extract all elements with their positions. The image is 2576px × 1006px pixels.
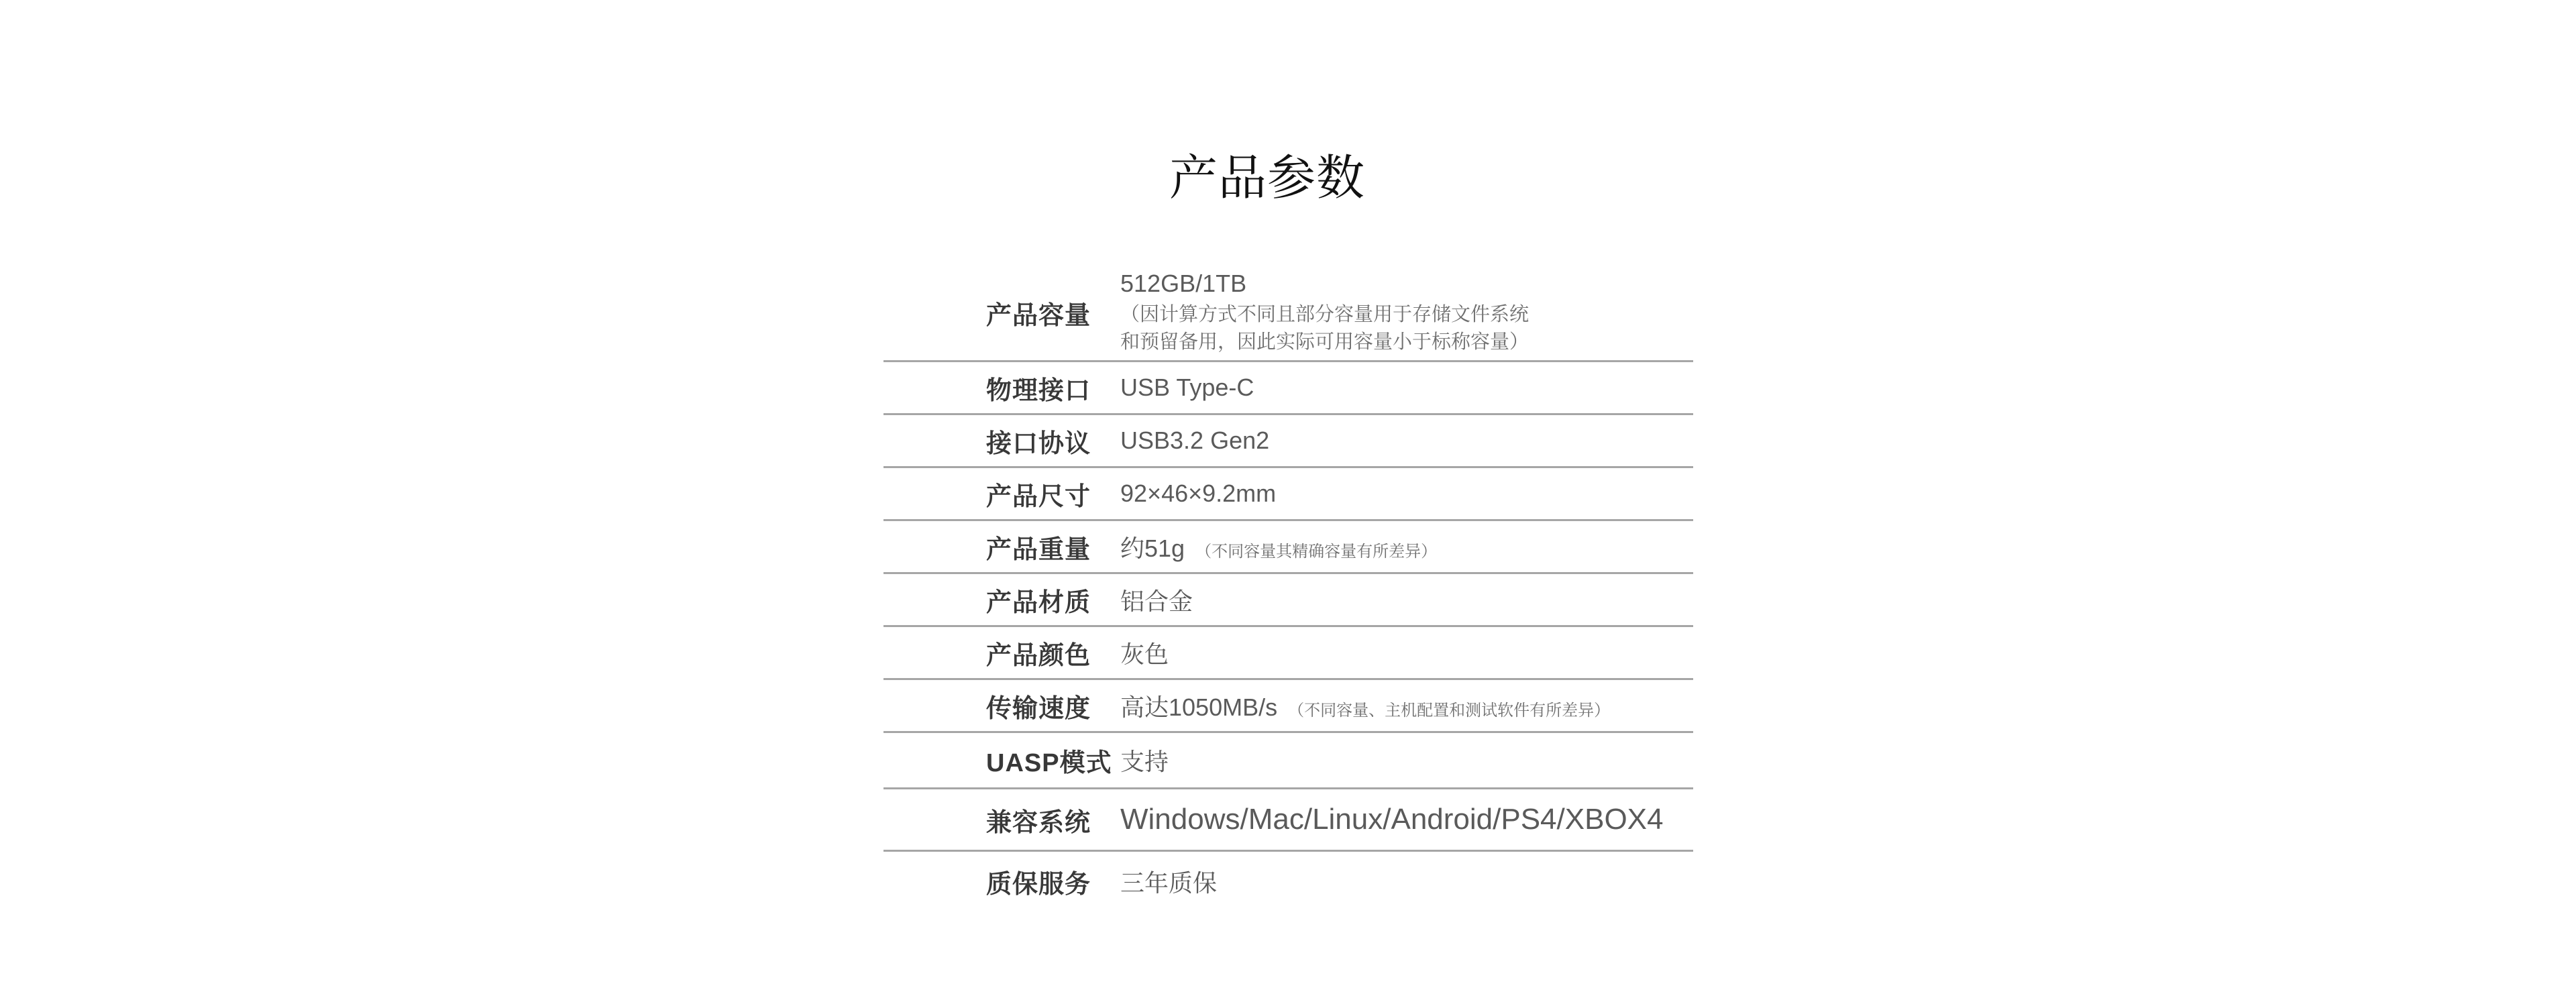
spec-row-value: Windows/Mac/Linux/Android/PS4/XBOX4 (1120, 803, 1664, 836)
spec-row-value-cell: 约51g （不同容量其精确容量有所差异） (1120, 530, 1693, 564)
spec-row-value: 铝合金 (1120, 583, 1193, 617)
spec-table-row: 物理接口 USB Type-C (883, 362, 1693, 415)
spec-row-value: USB3.2 Gen2 (1120, 427, 1269, 455)
spec-row-label: 接口协议 (883, 423, 1120, 459)
spec-table-row: 产品重量 约51g （不同容量其精确容量有所差异） (883, 521, 1693, 574)
spec-row-note-line: 和预留备用，因此实际可用容量小于标称容量） (1120, 329, 1693, 356)
spec-table-row: 传输速度 高达1050MB/s （不同容量、主机配置和测试软件有所差异） (883, 680, 1693, 733)
spec-row-value-cell: 高达1050MB/s （不同容量、主机配置和测试软件有所差异） (1120, 689, 1693, 723)
spec-table-row: 接口协议 USB3.2 Gen2 (883, 415, 1693, 468)
spec-row-value-cell: 92×46×9.2mm (1120, 480, 1693, 508)
spec-row-note-block: （因计算方式不同且部分容量用于存储文件系统和预留备用，因此实际可用容量小于标称容… (1120, 301, 1693, 355)
spec-row-value-cell: 三年质保 (1120, 864, 1693, 899)
spec-row-value-cell: 支持 (1120, 743, 1693, 777)
spec-row-value: 512GB/1TB (1120, 270, 1246, 298)
spec-row-label: 产品材质 (883, 581, 1120, 618)
spec-row-note-inline: （不同容量其精确容量有所差异） (1195, 538, 1437, 561)
spec-row-value: 92×46×9.2mm (1120, 480, 1276, 508)
spec-row-value-line: USB3.2 Gen2 (1120, 427, 1693, 455)
spec-row-note-line: （因计算方式不同且部分容量用于存储文件系统 (1120, 301, 1693, 329)
spec-row-value: USB Type-C (1120, 374, 1254, 402)
spec-table-row: 产品材质 铝合金 (883, 574, 1693, 627)
spec-row-value-line: USB Type-C (1120, 374, 1693, 402)
page-title: 产品参数 (1169, 154, 1365, 205)
spec-row-value-line: Windows/Mac/Linux/Android/PS4/XBOX4 (1120, 803, 1693, 836)
spec-row-value-line: 约51g （不同容量其精确容量有所差异） (1120, 530, 1693, 564)
spec-table-row: 质保服务 三年质保 (883, 852, 1693, 911)
spec-row-value-line: 三年质保 (1120, 864, 1693, 899)
spec-row-value: 高达1050MB/s (1120, 689, 1277, 723)
spec-row-label: 兼容系统 (883, 801, 1120, 838)
spec-table-row: UASP模式 支持 (883, 733, 1693, 789)
spec-row-value-line: 92×46×9.2mm (1120, 480, 1693, 508)
spec-row-value: 三年质保 (1120, 864, 1217, 899)
spec-table-row: 产品容量 512GB/1TB （因计算方式不同且部分容量用于存储文件系统和预留备… (883, 265, 1693, 362)
spec-row-value-line: 铝合金 (1120, 583, 1693, 617)
spec-row-value-line: 高达1050MB/s （不同容量、主机配置和测试软件有所差异） (1120, 689, 1693, 723)
spec-row-label: 传输速度 (883, 687, 1120, 724)
spec-table: 产品容量 512GB/1TB （因计算方式不同且部分容量用于存储文件系统和预留备… (883, 265, 1693, 911)
spec-row-label: 产品容量 (883, 294, 1120, 331)
spec-row-value-cell: Windows/Mac/Linux/Android/PS4/XBOX4 (1120, 803, 1693, 836)
spec-row-value-cell: 灰色 (1120, 636, 1693, 670)
spec-row-label: 产品尺寸 (883, 476, 1120, 512)
spec-row-label: 质保服务 (883, 863, 1120, 900)
spec-row-value-line: 支持 (1120, 743, 1693, 777)
spec-row-value: 约51g (1120, 530, 1185, 564)
spec-row-value-cell: USB Type-C (1120, 374, 1693, 402)
spec-row-value: 灰色 (1120, 636, 1169, 670)
spec-row-label: 产品重量 (883, 528, 1120, 565)
spec-row-value-cell: 铝合金 (1120, 583, 1693, 617)
spec-table-row: 产品颜色 灰色 (883, 627, 1693, 680)
spec-row-value-line: 512GB/1TB (1120, 270, 1693, 298)
spec-row-label: 产品颜色 (883, 634, 1120, 671)
spec-row-value-line: 灰色 (1120, 636, 1693, 670)
spec-row-value: 支持 (1120, 743, 1169, 777)
spec-table-row: 产品尺寸 92×46×9.2mm (883, 468, 1693, 521)
spec-row-label: UASP模式 (883, 742, 1120, 779)
spec-row-note-inline: （不同容量、主机配置和测试软件有所差异） (1288, 697, 1610, 720)
spec-row-value-cell: USB3.2 Gen2 (1120, 427, 1693, 455)
spec-table-row: 兼容系统 Windows/Mac/Linux/Android/PS4/XBOX4 (883, 789, 1693, 852)
spec-row-label: 物理接口 (883, 370, 1120, 406)
spec-row-value-cell: 512GB/1TB （因计算方式不同且部分容量用于存储文件系统和预留备用，因此实… (1120, 270, 1693, 355)
